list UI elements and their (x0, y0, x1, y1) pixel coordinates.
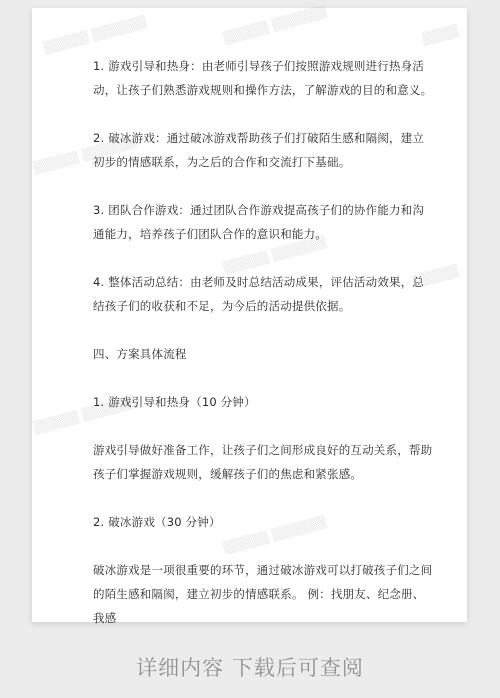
subheading-icebreaker: 2. 破冰游戏（30 分钟） (93, 510, 433, 534)
paragraph-summary: 4. 整体活动总结：由老师及时总结活动成果，评估活动效果，总结孩子们的收获和不足… (93, 270, 433, 318)
section-heading-process: 四、方案具体流程 (93, 342, 433, 366)
document-body: 1. 游戏引导和热身：由老师引导孩子们按照游戏规则进行热身活动，让孩子们熟悉游戏… (93, 54, 433, 654)
watermark: ▒▒▒▒▒ ▒▒▒▒▒▒ (222, 5, 328, 46)
subheading-warmup: 1. 游戏引导和热身（10 分钟） (93, 390, 433, 414)
paragraph-warmup-detail: 游戏引导做好准备工作，让孩子们之间形成良好的互动关系，帮助孩子们掌握游戏规则，缓… (93, 438, 433, 486)
download-caption: 详细内容 下载后可查阅 (0, 652, 500, 682)
watermark: ▒▒▒▒ (421, 23, 460, 46)
paragraph-warmup: 1. 游戏引导和热身：由老师引导孩子们按照游戏规则进行热身活动，让孩子们熟悉游戏… (93, 54, 433, 102)
document-page: ▒▒▒▒▒ ▒▒▒▒▒▒ ▒▒▒▒▒ ▒▒▒▒▒▒ ▒▒▒▒ ▒▒▒▒▒ ▒▒▒… (32, 8, 467, 622)
watermark: ▒▒▒▒▒ ▒▒▒▒▒▒ (42, 15, 148, 56)
paragraph-icebreaker: 2. 破冰游戏：通过破冰游戏帮助孩子们打破陌生感和隔阂，建立初步的情感联系，为之… (93, 126, 433, 174)
paragraph-teamwork: 3. 团队合作游戏：通过团队合作游戏提高孩子们的协作能力和沟通能力，培养孩子们团… (93, 198, 433, 246)
paragraph-icebreaker-detail: 破冰游戏是一项很重要的环节，通过破冰游戏可以打破孩子们之间的陌生感和隔阂，建立初… (93, 558, 433, 630)
